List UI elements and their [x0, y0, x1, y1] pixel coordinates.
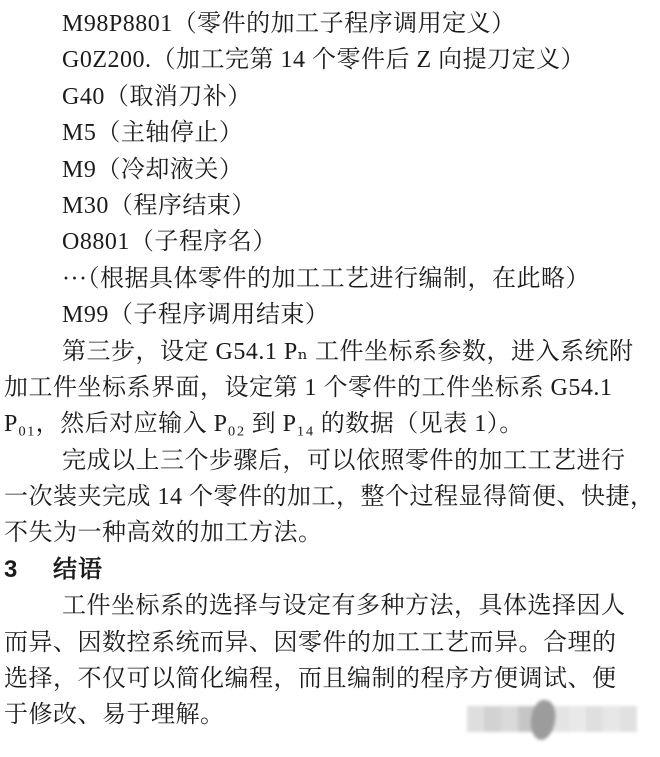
paragraph-line: 加工件坐标系界面，设定第 1 个零件的工件坐标系 G54.1 [4, 370, 660, 406]
code-line: M30（程序结束） [4, 188, 660, 224]
watermark-dark-smudge [527, 698, 559, 742]
code-line: M5（主轴停止） [4, 115, 660, 151]
paragraph-line: 一次装夹完成 14 个零件的加工，整个过程显得简便、快捷， [4, 479, 660, 515]
paragraph-line: 不失为一种高效的加工方法。 [4, 515, 660, 551]
section-heading: 3 结语 [4, 552, 660, 588]
code-line: G40（取消刀补） [4, 79, 660, 115]
paragraph-line: 第三步，设定 G54.1 Pₙ 工件坐标系参数，进入系统附 [4, 334, 660, 370]
section-title: 结语 [53, 556, 103, 583]
section-number: 3 [4, 556, 18, 583]
paragraph-line: 而异、因数控系统而异、因零件的加工工艺而异。合理的 [4, 625, 660, 661]
paragraph-line: 选择，不仅可以简化编程，而且编制的程序方便调试、便 [4, 661, 660, 697]
code-line: O8801（子程序名） [4, 224, 660, 260]
blurred-watermark-mosaic [467, 702, 637, 736]
code-line: M9（冷却液关） [4, 152, 660, 188]
paragraph-line: 工件坐标系的选择与设定有多种方法，具体选择因人 [4, 588, 660, 624]
code-line: ···（根据具体零件的加工工艺进行编制，在此略） [4, 261, 660, 297]
code-line: G0Z200.（加工完第 14 个零件后 Z 向提刀定义） [4, 42, 660, 78]
paragraph-line: 完成以上三个步骤后，可以依照零件的加工工艺进行 [4, 443, 660, 479]
code-line: M99（子程序调用结束） [4, 297, 660, 333]
paragraph-line: P₀₁，然后对应输入 P₀₂ 到 P₁₄ 的数据（见表 1）。 [4, 406, 660, 442]
document-body: M98P8801（零件的加工子程序调用定义） G0Z200.（加工完第 14 个… [4, 6, 660, 734]
code-line: M98P8801（零件的加工子程序调用定义） [4, 6, 660, 42]
paper-page: M98P8801（零件的加工子程序调用定义） G0Z200.（加工完第 14 个… [0, 0, 660, 757]
